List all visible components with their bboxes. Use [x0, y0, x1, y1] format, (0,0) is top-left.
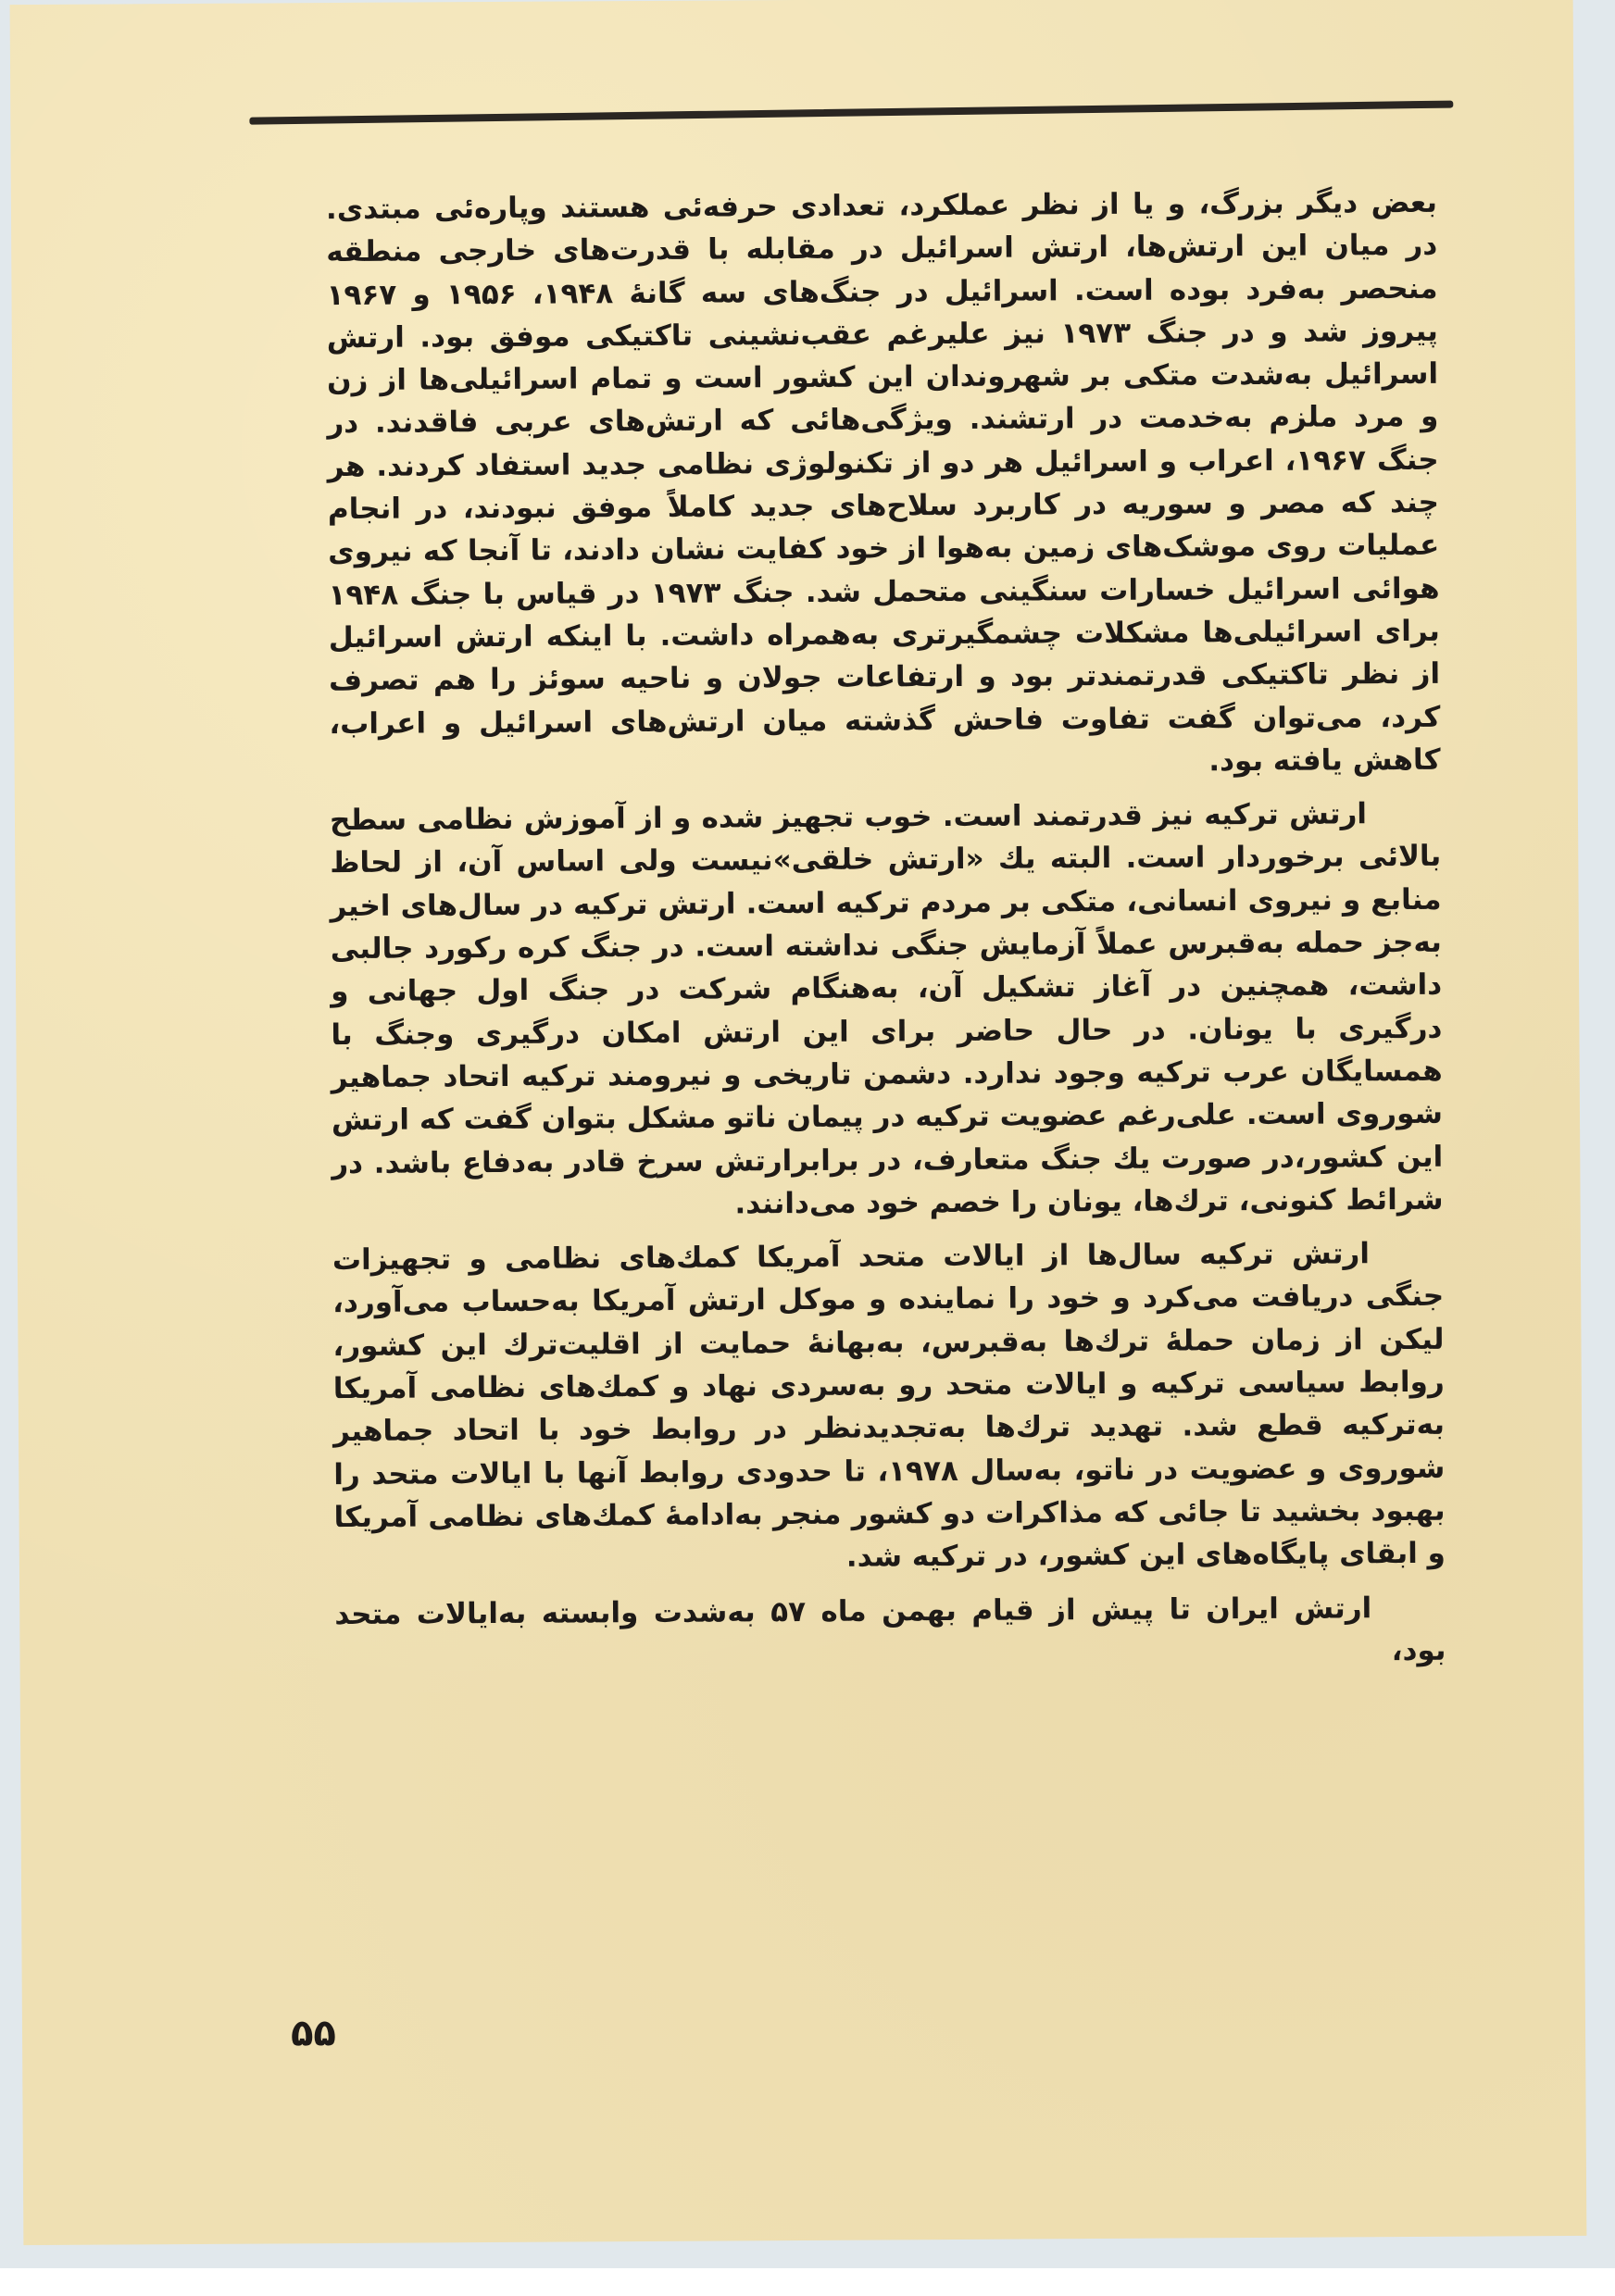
page-number: ۵۵ — [291, 2012, 336, 2054]
paragraph-israel-army: بعض دیگر بزرگ، و یا از نظر عملکرد، تعداد… — [326, 181, 1441, 788]
paragraph-iran-army: ارتش ایران تا پیش از قیام بهمن ماه ۵۷ به… — [334, 1586, 1446, 1678]
header-rule — [249, 101, 1453, 125]
paragraph-turkey-us-relations: ارتش ترکیه سال‌ها از ایالات متحد آمریکا … — [332, 1232, 1446, 1582]
scanned-page: بعض دیگر بزرگ، و یا از نظر عملکرد، تعداد… — [10, 0, 1587, 2245]
paragraph-turkey-army: ارتش ترکیه نیز قدرتمند است. خوب تجهیز شد… — [330, 792, 1444, 1228]
body-text: بعض دیگر بزرگ، و یا از نظر عملکرد، تعداد… — [326, 181, 1446, 1678]
